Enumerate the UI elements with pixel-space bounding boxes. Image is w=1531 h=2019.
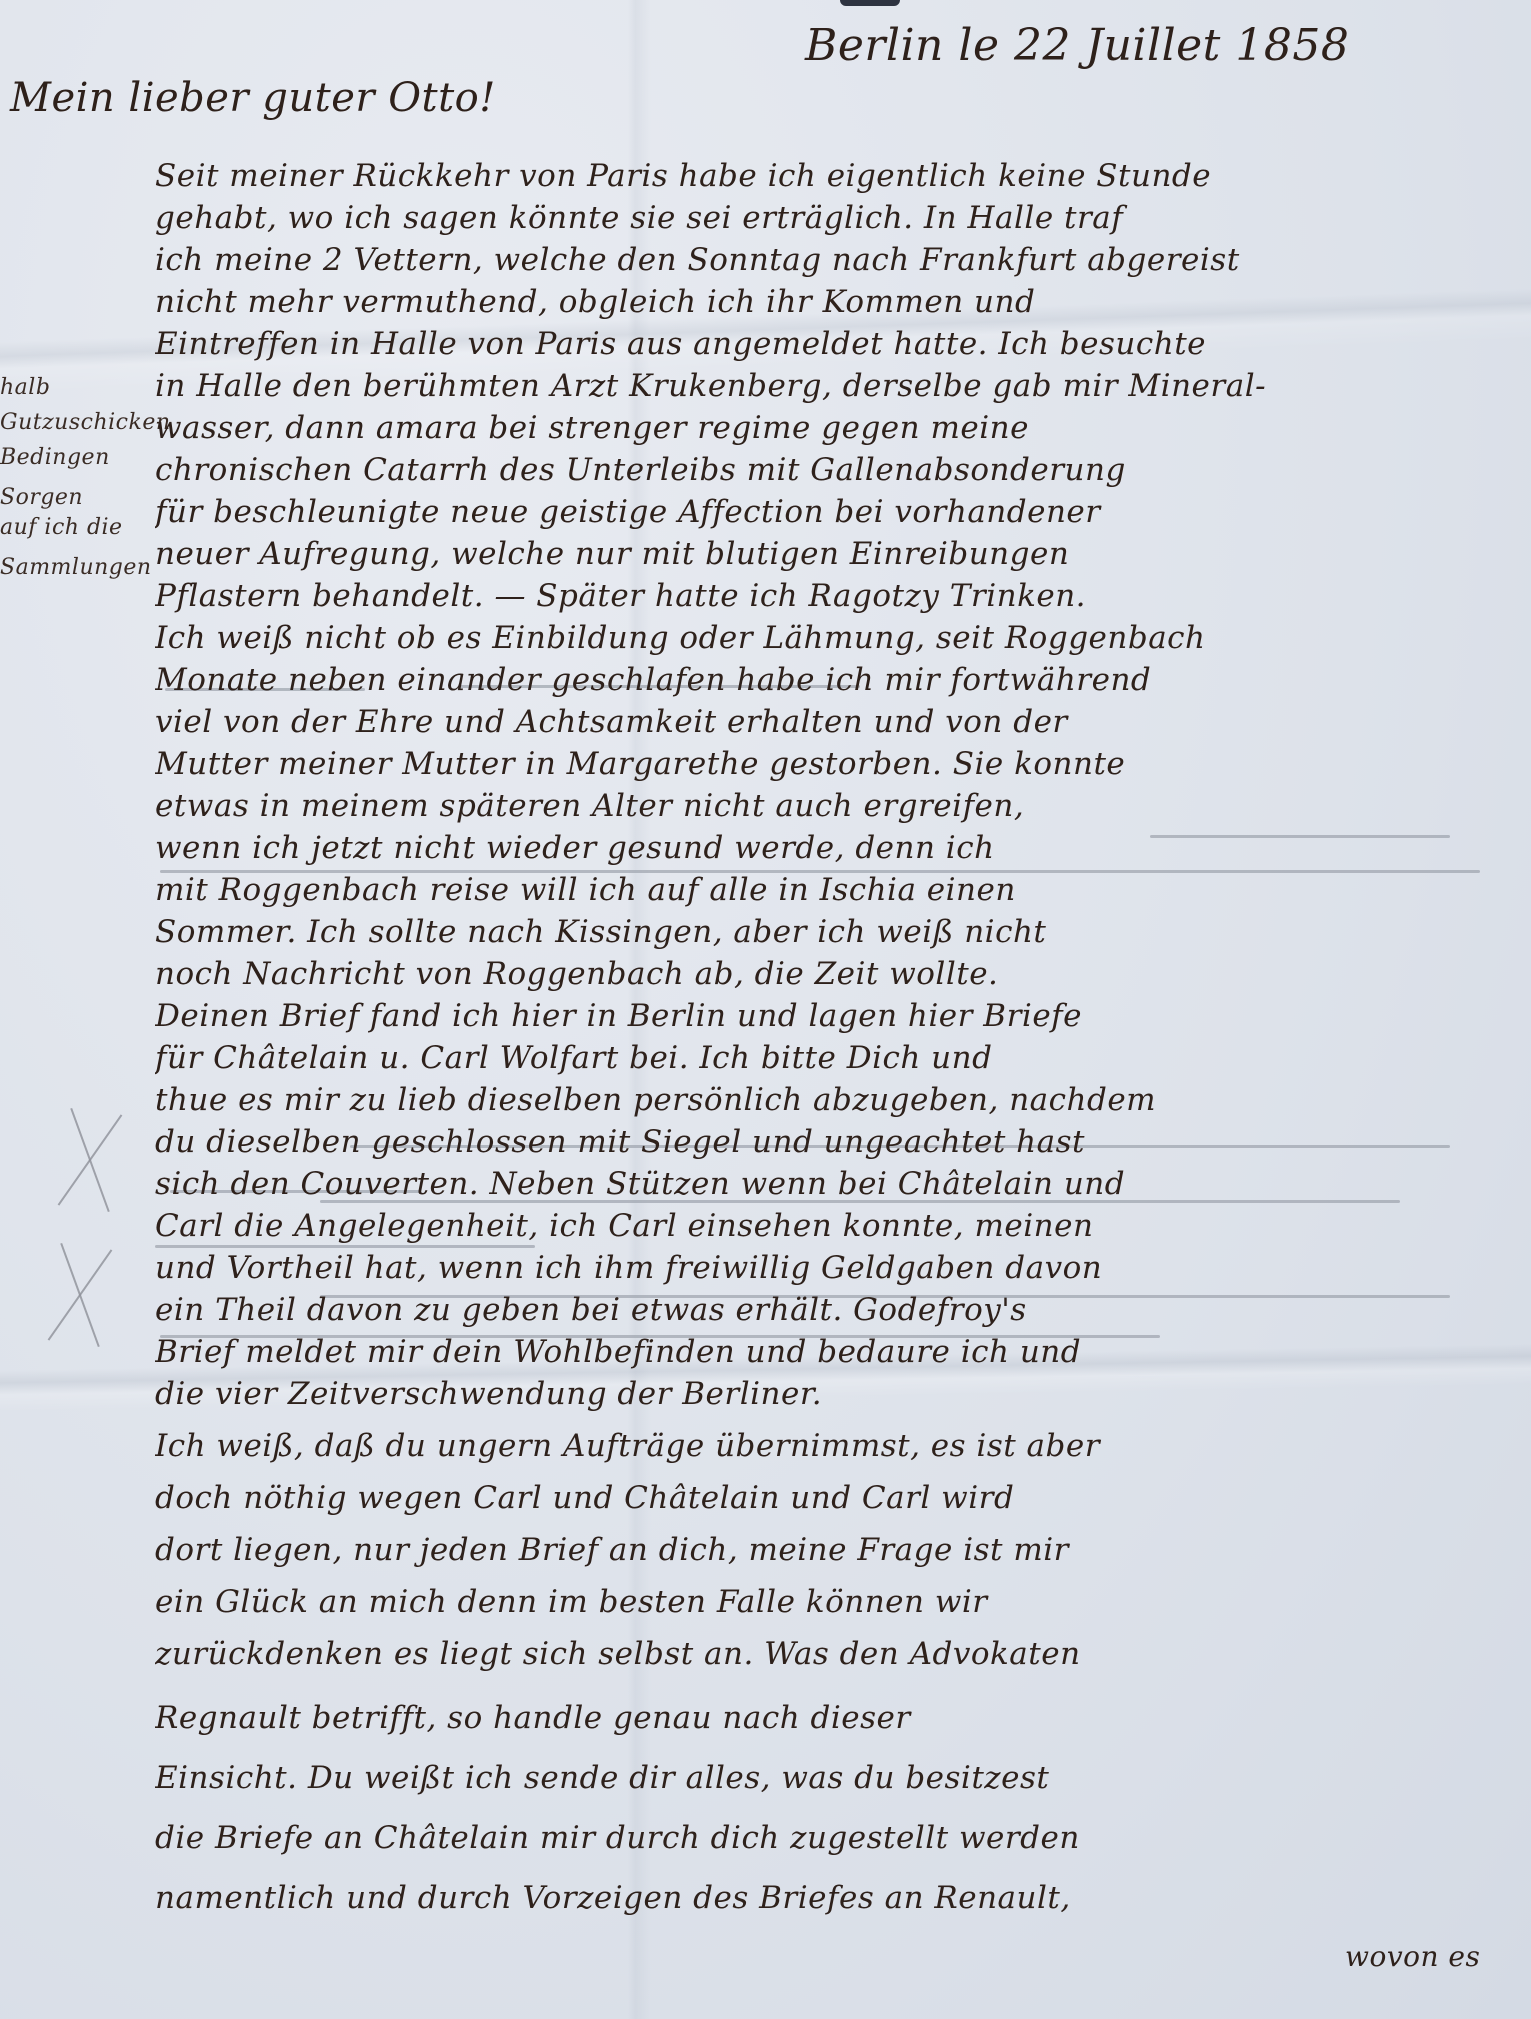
letter-line: zurückdenken es liegt sich selbst an. Wa… bbox=[155, 1636, 1515, 1672]
letter-line: Brief meldet mir dein Wohlbefinden und b… bbox=[155, 1334, 1515, 1370]
letter-line: für Châtelain u. Carl Wolfart bei. Ich b… bbox=[155, 1040, 1515, 1076]
letter-line: die vier Zeitverschwendung der Berliner. bbox=[155, 1376, 1515, 1412]
letter-line: die Briefe an Châtelain mir durch dich z… bbox=[155, 1820, 1515, 1856]
letter-line: Ich weiß, daß du ungern Aufträge übernim… bbox=[155, 1428, 1515, 1464]
letter-line: viel von der Ehre und Achtsamkeit erhalt… bbox=[155, 704, 1515, 740]
closing-catchword: wovon es bbox=[1345, 1940, 1480, 1973]
margin-note: auf ich die bbox=[0, 515, 123, 540]
letter-line: namentlich und durch Vorzeigen des Brief… bbox=[155, 1880, 1515, 1916]
margin-note: halb bbox=[0, 375, 50, 400]
letter-line: du dieselben geschlossen mit Siegel und … bbox=[155, 1124, 1515, 1160]
letter-line: für beschleunigte neue geistige Affectio… bbox=[155, 494, 1515, 530]
letter-line: neuer Aufregung, welche nur mit blutigen… bbox=[155, 536, 1515, 572]
letter-line: Eintreffen in Halle von Paris aus angeme… bbox=[155, 326, 1515, 362]
letter-line: Regnault betrifft, so handle genau nach … bbox=[155, 1700, 1515, 1736]
margin-note: Sorgen bbox=[0, 485, 83, 510]
letter-line: chronischen Catarrh des Unterleibs mit G… bbox=[155, 452, 1515, 488]
letter-line: thue es mir zu lieb dieselben persönlich… bbox=[155, 1082, 1515, 1118]
letter-line: noch Nachricht von Roggenbach ab, die Ze… bbox=[155, 956, 1515, 992]
letter-line: wenn ich jetzt nicht wieder gesund werde… bbox=[155, 830, 1515, 866]
letter-line: Seit meiner Rückkehr von Paris habe ich … bbox=[155, 158, 1515, 194]
letter-line: ein Theil davon zu geben bei etwas erhäl… bbox=[155, 1292, 1515, 1328]
letter-line: wasser, dann amara bei strenger regime g… bbox=[155, 410, 1515, 446]
pencil-x-mark bbox=[55, 1105, 125, 1215]
margin-note: Bedingen bbox=[0, 445, 110, 470]
letter-line: dort liegen, nur jeden Brief an dich, me… bbox=[155, 1532, 1515, 1568]
letter-line: Sommer. Ich sollte nach Kissingen, aber … bbox=[155, 914, 1515, 950]
letter-line: ein Glück an mich denn im besten Falle k… bbox=[155, 1584, 1515, 1620]
letter-line: Monate neben einander geschlafen habe ic… bbox=[155, 662, 1515, 698]
letter-line: und Vortheil hat, wenn ich ihm freiwilli… bbox=[155, 1250, 1515, 1286]
margin-note: Sammlungen bbox=[0, 555, 152, 580]
letter-line: Ich weiß nicht ob es Einbildung oder Läh… bbox=[155, 620, 1515, 656]
letter-line: Einsicht. Du weißt ich sende dir alles, … bbox=[155, 1760, 1515, 1796]
letter-line: nicht mehr vermuthend, obgleich ich ihr … bbox=[155, 284, 1515, 320]
letter-line: gehabt, wo ich sagen könnte sie sei ertr… bbox=[155, 200, 1515, 236]
letter-line: Pflastern behandelt. — Später hatte ich … bbox=[155, 578, 1515, 614]
ink-blot bbox=[840, 0, 900, 6]
letter-page: Berlin le 22 Juillet 1858 Mein lieber gu… bbox=[0, 0, 1531, 2019]
pencil-x-mark bbox=[45, 1240, 115, 1350]
letter-line: Carl die Angelegenheit, ich Carl einsehe… bbox=[155, 1208, 1515, 1244]
letter-line: in Halle den berühmten Arzt Krukenberg, … bbox=[155, 368, 1515, 404]
margin-note: Gutzuschicken bbox=[0, 410, 171, 435]
letter-line: sich den Couverten. Neben Stützen wenn b… bbox=[155, 1166, 1515, 1202]
dateline: Berlin le 22 Juillet 1858 bbox=[805, 20, 1349, 71]
letter-line: ich meine 2 Vettern, welche den Sonntag … bbox=[155, 242, 1515, 278]
letter-line: Mutter meiner Mutter in Margarethe gesto… bbox=[155, 746, 1515, 782]
letter-line: Deinen Brief fand ich hier in Berlin und… bbox=[155, 998, 1515, 1034]
letter-line: doch nöthig wegen Carl und Châtelain und… bbox=[155, 1480, 1515, 1516]
pencil-underline bbox=[155, 1245, 535, 1248]
letter-line: mit Roggenbach reise will ich auf alle i… bbox=[155, 872, 1515, 908]
letter-line: etwas in meinem späteren Alter nicht auc… bbox=[155, 788, 1515, 824]
salutation: Mein lieber guter Otto! bbox=[10, 75, 496, 121]
